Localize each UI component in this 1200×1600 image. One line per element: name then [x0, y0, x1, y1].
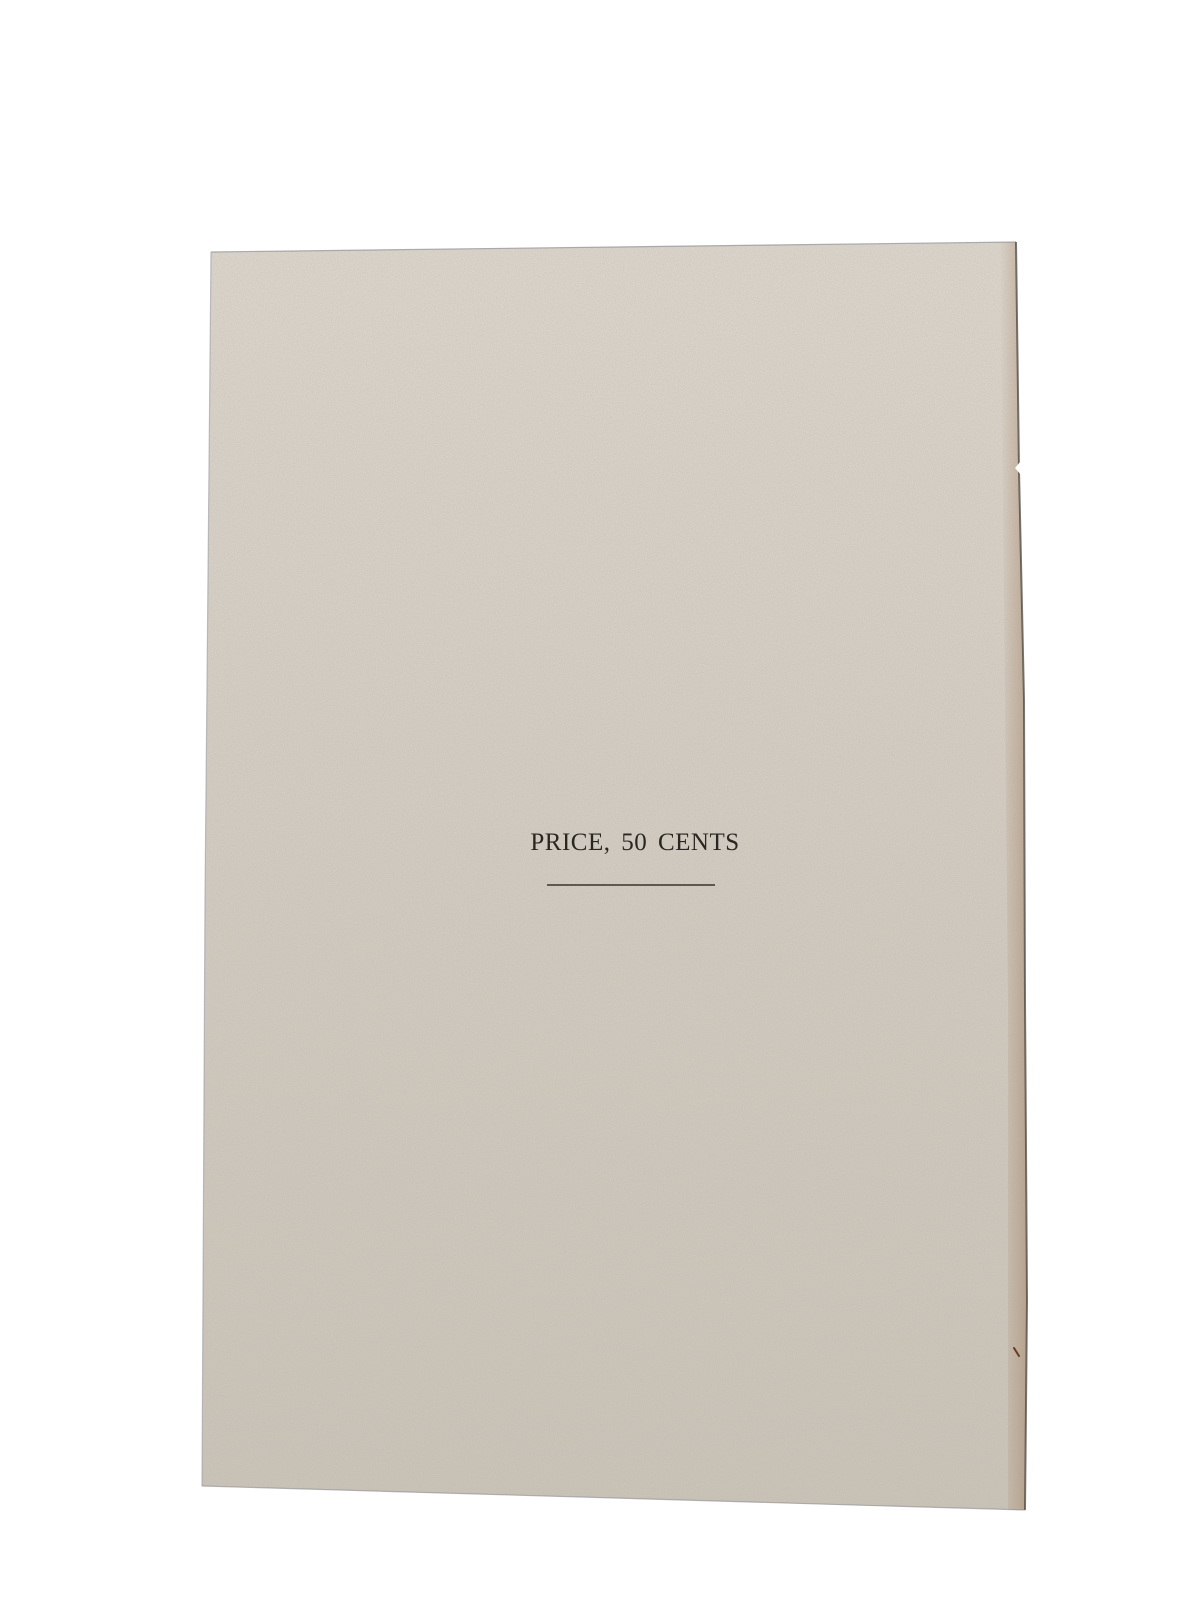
- price-underline-rule: [547, 884, 715, 886]
- price-text: PRICE, 50 CENTS: [0, 828, 1200, 858]
- cover-paper: [202, 242, 1027, 1510]
- paper-cover: [0, 0, 1200, 1600]
- booklet-back-cover: PRICE, 50 CENTS: [0, 0, 1200, 1600]
